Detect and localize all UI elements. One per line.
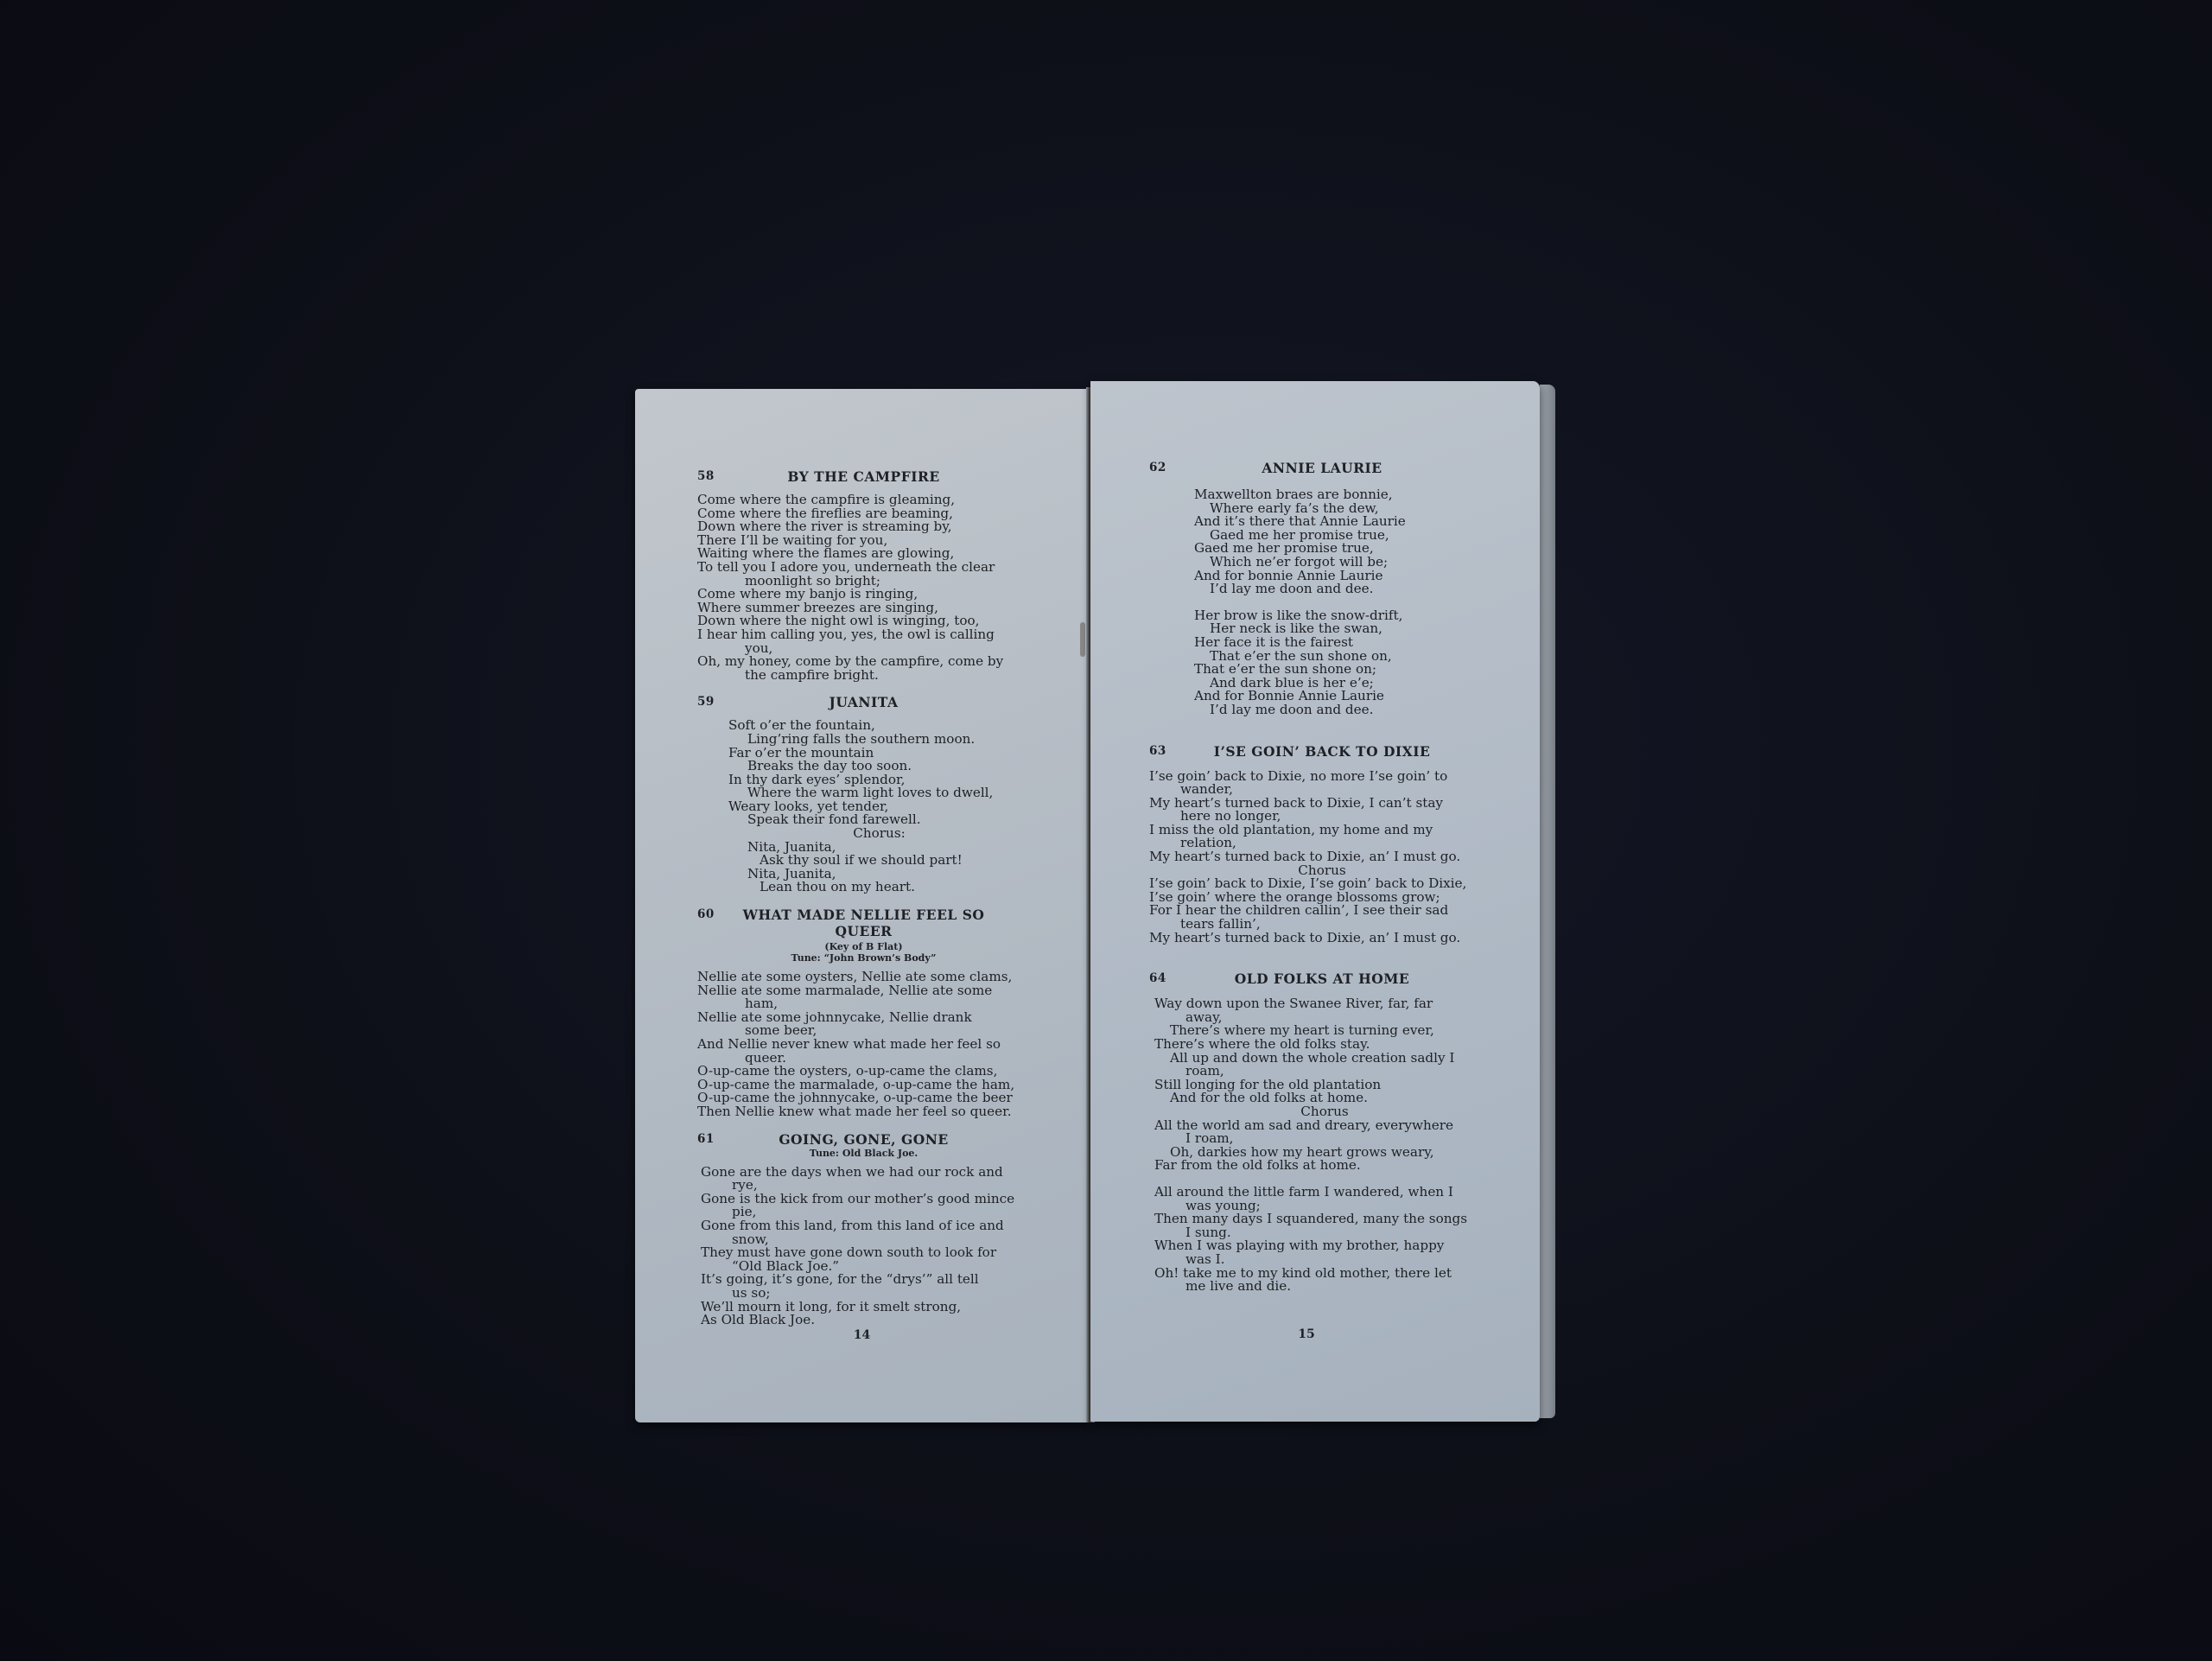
page-number-right: 15: [1082, 1327, 1531, 1341]
song-title: I’SE GOIN’ BACK TO DIXIE: [1214, 743, 1431, 760]
song-lyrics: Gone are the days when we had our rock a…: [697, 1166, 1030, 1327]
song-tune: Tune: Old Black Joe.: [697, 1148, 1030, 1159]
song-title-line-2: QUEER: [835, 923, 892, 939]
song-number: 63: [1149, 743, 1166, 760]
song-heading: 64 OLD FOLKS AT HOME: [1149, 971, 1495, 987]
song-heading: 60 WHAT MADE NELLIE FEEL SO QUEER: [697, 907, 1030, 939]
song-heading: 61 GOING, GONE, GONE: [697, 1131, 1030, 1148]
song-number: 59: [697, 694, 715, 710]
song-title: OLD FOLKS AT HOME: [1235, 971, 1409, 987]
song-64: 64 OLD FOLKS AT HOME Way down upon the S…: [1149, 971, 1495, 1293]
lyric-line: I’d lay me doon and dee.: [1194, 703, 1495, 717]
song-59: 59 JUANITA Soft o’er the fountain, Ling’…: [697, 694, 1030, 894]
page-stack-edge: [1540, 385, 1555, 1418]
lyric-line: I’d lay me doon and dee.: [1194, 582, 1495, 596]
song-title: ANNIE LAURIE: [1262, 460, 1382, 476]
song-heading: 62 ANNIE LAURIE: [1149, 460, 1495, 476]
lyric-line: me live and die.: [1154, 1280, 1495, 1294]
song-heading: 58 BY THE CAMPFIRE: [697, 468, 1030, 485]
song-heading: 63 I’SE GOIN’ BACK TO DIXIE: [1149, 743, 1495, 760]
lyric-line: the campfire bright.: [697, 669, 1030, 683]
song-lyrics: Nellie ate some oysters, Nellie ate some…: [697, 971, 1030, 1119]
song-title: BY THE CAMPFIRE: [787, 468, 939, 485]
song-title: JUANITA: [829, 694, 898, 710]
left-page-content: 58 BY THE CAMPFIRE Come where the campfi…: [697, 468, 1030, 1340]
lyric-line: As Old Black Joe.: [701, 1314, 1030, 1327]
song-lyrics: Way down upon the Swanee River, far, far…: [1149, 997, 1495, 1293]
lyric-line: Far from the old folks at home.: [1154, 1159, 1495, 1173]
spine-tear-mark: [1080, 622, 1085, 657]
song-60: 60 WHAT MADE NELLIE FEEL SO QUEER (Key o…: [697, 907, 1030, 1119]
open-songbook: 58 BY THE CAMPFIRE Come where the campfi…: [0, 0, 2212, 1661]
lyric-line: My heart’s turned back to Dixie, an’ I m…: [1149, 932, 1495, 945]
song-lyrics: I’se goin’ back to Dixie, no more I’se g…: [1149, 770, 1495, 945]
right-page-content: 62 ANNIE LAURIE Maxwellton braes are bon…: [1149, 460, 1495, 1306]
song-title: GOING, GONE, GONE: [779, 1131, 948, 1148]
page-number-left: 14: [635, 1328, 1089, 1342]
song-number: 62: [1149, 460, 1166, 476]
song-number: 60: [697, 907, 715, 923]
lyric-line: Lean thou on my heart.: [728, 881, 1030, 894]
song-heading: 59 JUANITA: [697, 694, 1030, 710]
song-62: 62 ANNIE LAURIE Maxwellton braes are bon…: [1149, 460, 1495, 717]
song-number: 64: [1149, 971, 1166, 987]
song-lyrics: Come where the campfire is gleaming, Com…: [697, 493, 1030, 682]
song-title: WHAT MADE NELLIE FEEL SO: [743, 907, 985, 923]
song-58: 58 BY THE CAMPFIRE Come where the campfi…: [697, 468, 1030, 682]
song-number: 61: [697, 1131, 715, 1148]
song-63: 63 I’SE GOIN’ BACK TO DIXIE I’se goin’ b…: [1149, 743, 1495, 945]
song-number: 58: [697, 468, 715, 485]
song-61: 61 GOING, GONE, GONE Tune: Old Black Joe…: [697, 1131, 1030, 1327]
lyric-line: Then Nellie knew what made her feel so q…: [697, 1105, 1030, 1119]
song-lyrics: Maxwellton braes are bonnie, Where early…: [1149, 488, 1495, 717]
song-key: (Key of B Flat): [697, 941, 1030, 952]
song-tune: Tune: “John Brown’s Body”: [697, 952, 1030, 964]
song-lyrics: Soft o’er the fountain, Ling’ring falls …: [697, 719, 1030, 894]
right-page: 62 ANNIE LAURIE Maxwellton braes are bon…: [1090, 381, 1540, 1422]
left-page: 58 BY THE CAMPFIRE Come where the campfi…: [635, 389, 1089, 1422]
